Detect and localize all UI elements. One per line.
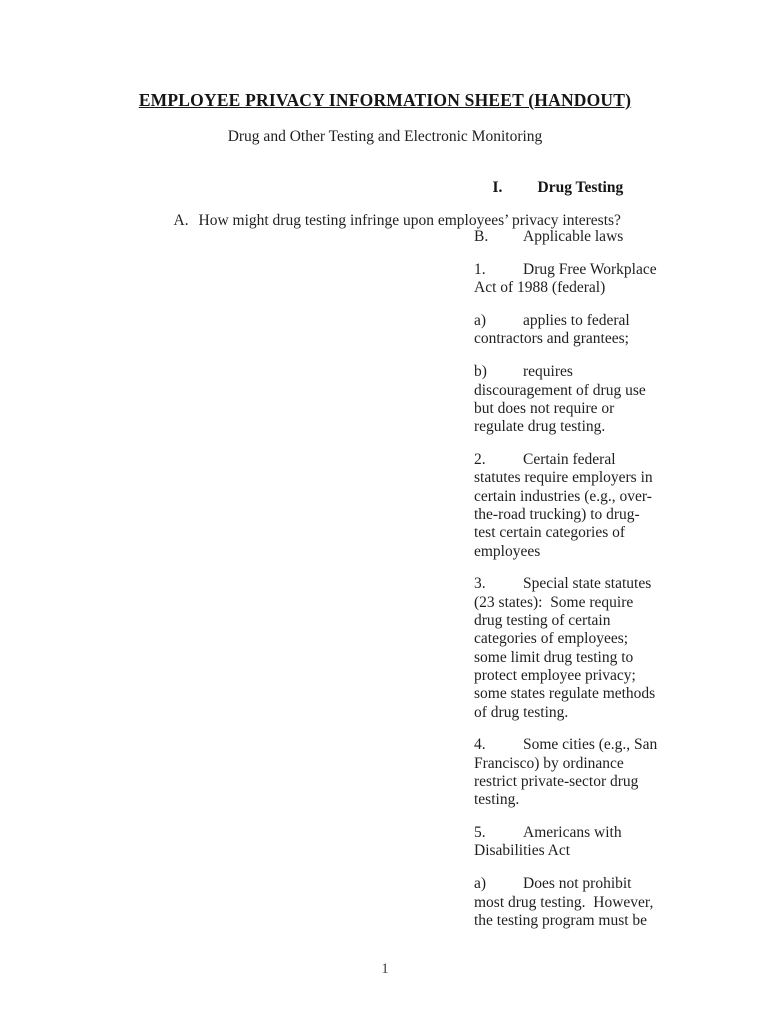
question-label: A. [174, 212, 199, 230]
outline-paragraph: a)applies to federalcontractors and gran… [474, 312, 679, 349]
outline-paragraph: 5.Americans withDisabilities Act [474, 824, 679, 861]
outline-paragraph: 4.Some cities (e.g., SanFrancisco) by or… [474, 736, 679, 809]
outline-line: (23 states): Some require [474, 594, 679, 612]
outline-label: 2. [474, 451, 523, 469]
outline-label: 3. [474, 575, 523, 593]
outline-line: b)requires [474, 363, 679, 381]
outline-line: 3.Special state statutes [474, 575, 679, 593]
outline-line: Disabilities Act [474, 842, 679, 860]
outline-line: categories of employees; [474, 630, 679, 648]
outline-label: 1. [474, 261, 523, 279]
outline-line: the testing program must be [474, 912, 679, 930]
outline-line: some states regulate methods [474, 685, 679, 703]
outline-line: Act of 1988 (federal) [474, 279, 679, 297]
outline-line: drug testing of certain [474, 612, 679, 630]
outline-line: a)applies to federal [474, 312, 679, 330]
outline-line: 5.Americans with [474, 824, 679, 842]
outline-line: B.Applicable laws [474, 228, 679, 246]
outline-line: most drug testing. However, [474, 894, 679, 912]
outline-line: the-road trucking) to drug- [474, 506, 679, 524]
document-page: EMPLOYEE PRIVACY INFORMATION SHEET (HAND… [0, 0, 770, 1024]
outline-line: test certain categories of [474, 524, 679, 542]
outline-line: employees [474, 543, 679, 561]
outline-line: contractors and grantees; [474, 330, 679, 348]
document-subtitle: Drug and Other Testing and Electronic Mo… [0, 128, 770, 146]
outline-line: discouragement of drug use [474, 382, 679, 400]
outline-paragraph: b)requiresdiscouragement of drug usebut … [474, 363, 679, 436]
outline-line: testing. [474, 791, 679, 809]
outline-line: some limit drug testing to [474, 649, 679, 667]
outline-paragraph: 1.Drug Free WorkplaceAct of 1988 (federa… [474, 261, 679, 298]
outline-label: B. [474, 228, 523, 246]
outline-paragraph: B.Applicable laws [474, 228, 679, 246]
outline-label: 4. [474, 736, 523, 754]
outline-paragraph: a)Does not prohibitmost drug testing. Ho… [474, 875, 679, 930]
outline-line: a)Does not prohibit [474, 875, 679, 893]
outline-label: b) [474, 363, 523, 381]
outline-line: regulate drug testing. [474, 418, 679, 436]
outline-line: protect employee privacy; [474, 667, 679, 685]
outline-line: 1.Drug Free Workplace [474, 261, 679, 279]
document-title: EMPLOYEE PRIVACY INFORMATION SHEET (HAND… [0, 90, 770, 111]
page-number: 1 [0, 961, 770, 978]
outline-line: but does not require or [474, 400, 679, 418]
outline-paragraph: 2.Certain federalstatutes require employ… [474, 451, 679, 561]
outline-column: B.Applicable laws1.Drug Free WorkplaceAc… [474, 228, 679, 930]
question-text: How might drug testing infringe upon emp… [199, 212, 621, 229]
outline-line: Francisco) by ordinance [474, 755, 679, 773]
outline-label: 5. [474, 824, 523, 842]
outline-line: 2.Certain federal [474, 451, 679, 469]
outline-line: of drug testing. [474, 704, 679, 722]
outline-label: a) [474, 312, 523, 330]
outline-line: 4.Some cities (e.g., San [474, 736, 679, 754]
outline-line: restrict private-sector drug [474, 773, 679, 791]
outline-paragraph: 3.Special state statutes(23 states): Som… [474, 575, 679, 721]
outline-line: statutes require employers in [474, 469, 679, 487]
outline-label: a) [474, 875, 523, 893]
outline-line: certain industries (e.g., over- [474, 488, 679, 506]
